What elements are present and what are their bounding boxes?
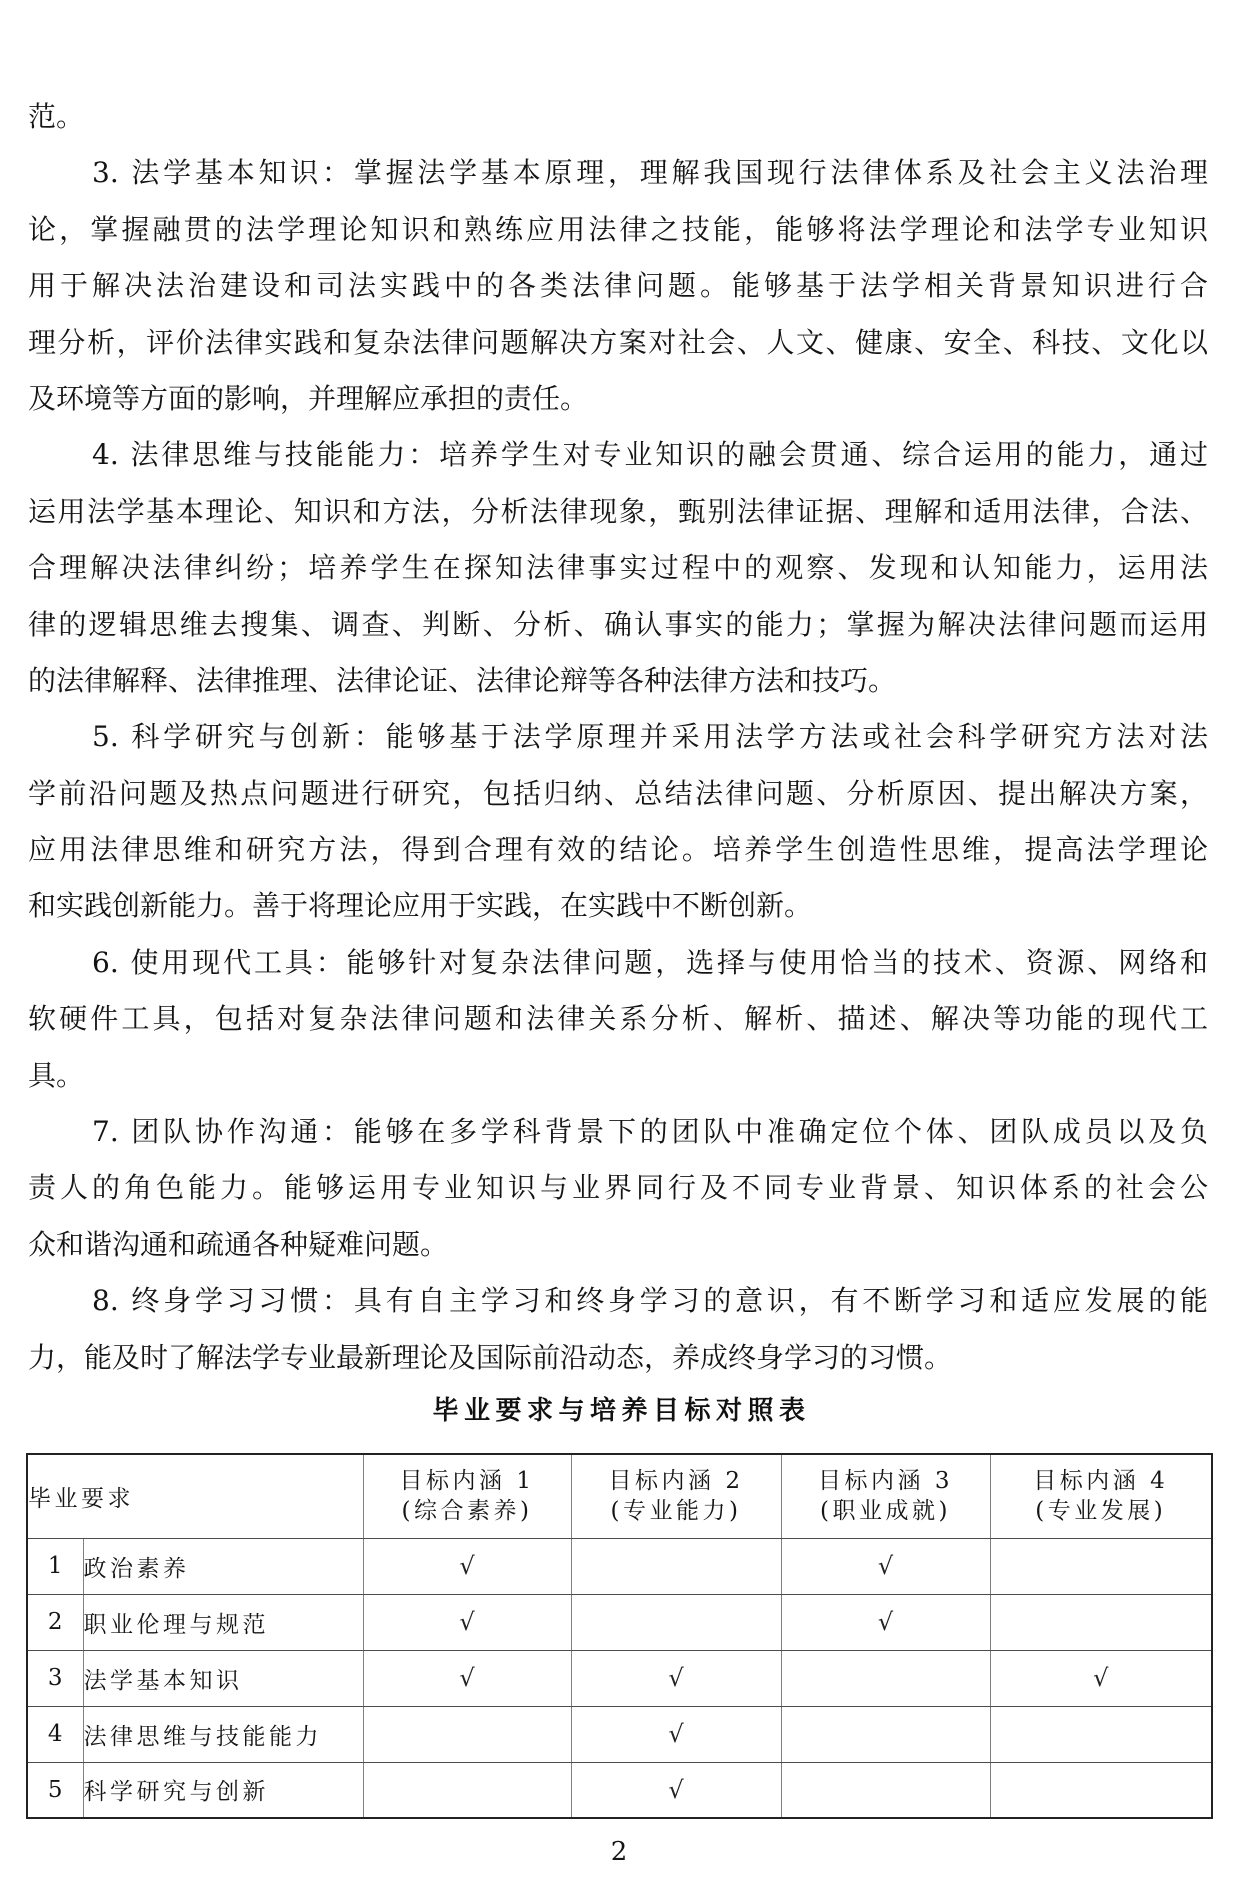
check-mark-cell: √ xyxy=(363,1594,571,1650)
paragraph-line: 8. 终身学习习惯：具有自主学习和终身学习的意识，有不断学习和适应发展的能 xyxy=(28,1273,1208,1329)
check-mark-cell xyxy=(990,1762,1212,1818)
paragraph-line: 力，能及时了解法学专业最新理论及国际前沿动态，养成终身学习的习惯。 xyxy=(28,1330,1208,1386)
check-mark-cell: √ xyxy=(571,1762,781,1818)
table-row: 1 政治素养 √ √ xyxy=(27,1538,1212,1594)
paragraph-7-teamwork: 7. 团队协作沟通：能够在多学科背景下的团队中准确定位个体、团队成员以及负 责人… xyxy=(28,1104,1208,1273)
table-title: 毕业要求与培养目标对照表 xyxy=(0,1391,1238,1431)
header-goal-3: 目标内涵 3 (职业成就) xyxy=(781,1454,990,1538)
check-mark-cell: √ xyxy=(571,1706,781,1762)
paragraph-line: 具。 xyxy=(28,1048,1208,1104)
table-row: 3 法学基本知识 √ √ √ xyxy=(27,1650,1212,1706)
row-number: 4 xyxy=(27,1706,83,1762)
table-header-row: 毕业要求 目标内涵 1 (综合素养) 目标内涵 2 (专业能力) 目标内涵 3 … xyxy=(27,1454,1212,1538)
paragraph-line: 范。 xyxy=(28,89,1208,145)
paragraph-line: 理分析，评价法律实践和复杂法律问题解决方案对社会、人文、健康、安全、科技、文化以 xyxy=(28,315,1208,371)
paragraph-2-tail: 范。 xyxy=(28,89,1208,145)
paragraph-line: 4. 法律思维与技能能力：培养学生对专业知识的融会贯通、综合运用的能力，通过 xyxy=(28,427,1208,483)
check-mark-cell: √ xyxy=(363,1538,571,1594)
header-graduation-requirement: 毕业要求 xyxy=(27,1454,363,1538)
goal-label: 目标内涵 4 xyxy=(991,1466,1212,1496)
header-goal-2: 目标内涵 2 (专业能力) xyxy=(571,1454,781,1538)
requirement-name: 政治素养 xyxy=(83,1538,363,1594)
requirement-name: 法学基本知识 xyxy=(83,1650,363,1706)
row-number: 3 xyxy=(27,1650,83,1706)
goal-sublabel: (综合素养) xyxy=(364,1496,571,1526)
paragraph-5-research-innovation: 5. 科学研究与创新：能够基于法学原理并采用法学方法或社会科学研究方法对法 学前… xyxy=(28,709,1208,935)
paragraph-line: 及环境等方面的影响，并理解应承担的责任。 xyxy=(28,371,1208,427)
check-mark-cell xyxy=(363,1706,571,1762)
goal-sublabel: (专业发展) xyxy=(991,1496,1212,1526)
paragraph-line: 6. 使用现代工具：能够针对复杂法律问题，选择与使用恰当的技术、资源、网络和 xyxy=(28,935,1208,991)
paragraph-3-legal-knowledge: 3. 法学基本知识：掌握法学基本原理，理解我国现行法律体系及社会主义法治理 论，… xyxy=(28,145,1208,427)
document-body: 范。 3. 法学基本知识：掌握法学基本原理，理解我国现行法律体系及社会主义法治理… xyxy=(28,89,1208,1386)
header-goal-1: 目标内涵 1 (综合素养) xyxy=(363,1454,571,1538)
paragraph-line: 合理解决法律纠纷；培养学生在探知法律事实过程中的观察、发现和认知能力，运用法 xyxy=(28,540,1208,596)
paragraph-line: 众和谐沟通和疏通各种疑难问题。 xyxy=(28,1217,1208,1273)
check-mark-cell xyxy=(571,1538,781,1594)
paragraph-4-legal-thinking: 4. 法律思维与技能能力：培养学生对专业知识的融会贯通、综合运用的能力，通过 运… xyxy=(28,427,1208,709)
requirement-name: 法律思维与技能能力 xyxy=(83,1706,363,1762)
table-row: 2 职业伦理与规范 √ √ xyxy=(27,1594,1212,1650)
table-row: 5 科学研究与创新 √ xyxy=(27,1762,1212,1818)
paragraph-line: 责人的角色能力。能够运用专业知识与业界同行及不同专业背景、知识体系的社会公 xyxy=(28,1160,1208,1216)
paragraph-line: 7. 团队协作沟通：能够在多学科背景下的团队中准确定位个体、团队成员以及负 xyxy=(28,1104,1208,1160)
check-mark-cell xyxy=(781,1762,990,1818)
row-number: 5 xyxy=(27,1762,83,1818)
goal-label: 目标内涵 1 xyxy=(364,1466,571,1496)
check-mark-cell: √ xyxy=(990,1650,1212,1706)
paragraph-line: 应用法律思维和研究方法，得到合理有效的结论。培养学生创造性思维，提高法学理论 xyxy=(28,822,1208,878)
paragraph-6-modern-tools: 6. 使用现代工具：能够针对复杂法律问题，选择与使用恰当的技术、资源、网络和 软… xyxy=(28,935,1208,1104)
check-mark-cell xyxy=(990,1538,1212,1594)
check-mark-cell: √ xyxy=(781,1538,990,1594)
check-mark-cell xyxy=(990,1594,1212,1650)
row-number: 2 xyxy=(27,1594,83,1650)
check-mark-cell: √ xyxy=(363,1650,571,1706)
requirement-name: 科学研究与创新 xyxy=(83,1762,363,1818)
paragraph-line: 的法律解释、法律推理、法律论证、法律论辩等各种法律方法和技巧。 xyxy=(28,653,1208,709)
page-number: 2 xyxy=(0,1834,1238,1870)
requirement-name: 职业伦理与规范 xyxy=(83,1594,363,1650)
requirements-goals-table: 毕业要求 目标内涵 1 (综合素养) 目标内涵 2 (专业能力) 目标内涵 3 … xyxy=(26,1453,1213,1819)
paragraph-line: 论，掌握融贯的法学理论知识和熟练应用法律之技能，能够将法学理论和法学专业知识 xyxy=(28,202,1208,258)
paragraph-line: 5. 科学研究与创新：能够基于法学原理并采用法学方法或社会科学研究方法对法 xyxy=(28,709,1208,765)
paragraph-line: 用于解决法治建设和司法实践中的各类法律问题。能够基于法学相关背景知识进行合 xyxy=(28,258,1208,314)
paragraph-line: 软硬件工具，包括对复杂法律问题和法律关系分析、解析、描述、解决等功能的现代工 xyxy=(28,991,1208,1047)
header-goal-4: 目标内涵 4 (专业发展) xyxy=(990,1454,1212,1538)
check-mark-cell xyxy=(571,1594,781,1650)
check-mark-cell: √ xyxy=(781,1594,990,1650)
paragraph-line: 3. 法学基本知识：掌握法学基本原理，理解我国现行法律体系及社会主义法治理 xyxy=(28,145,1208,201)
check-mark-cell xyxy=(990,1706,1212,1762)
goal-sublabel: (职业成就) xyxy=(782,1496,990,1526)
goal-label: 目标内涵 2 xyxy=(572,1466,781,1496)
goal-label: 目标内涵 3 xyxy=(782,1466,990,1496)
check-mark-cell: √ xyxy=(571,1650,781,1706)
paragraph-line: 律的逻辑思维去搜集、调查、判断、分析、确认事实的能力；掌握为解决法律问题而运用 xyxy=(28,597,1208,653)
paragraph-line: 运用法学基本理论、知识和方法，分析法律现象，甄别法律证据、理解和适用法律，合法、 xyxy=(28,484,1208,540)
paragraph-line: 和实践创新能力。善于将理论应用于实践，在实践中不断创新。 xyxy=(28,878,1208,934)
paragraph-8-lifelong-learning: 8. 终身学习习惯：具有自主学习和终身学习的意识，有不断学习和适应发展的能 力，… xyxy=(28,1273,1208,1386)
check-mark-cell xyxy=(363,1762,571,1818)
table-row: 4 法律思维与技能能力 √ xyxy=(27,1706,1212,1762)
goal-sublabel: (专业能力) xyxy=(572,1496,781,1526)
row-number: 1 xyxy=(27,1538,83,1594)
paragraph-line: 学前沿问题及热点问题进行研究，包括归纳、总结法律问题、分析原因、提出解决方案， xyxy=(28,766,1208,822)
check-mark-cell xyxy=(781,1706,990,1762)
check-mark-cell xyxy=(781,1650,990,1706)
